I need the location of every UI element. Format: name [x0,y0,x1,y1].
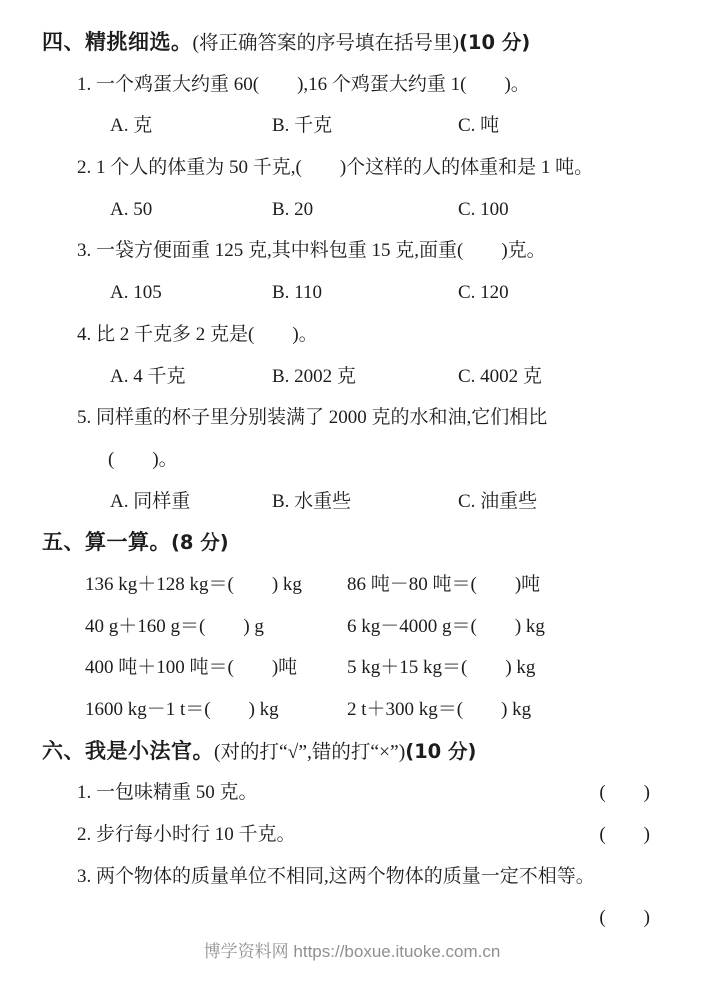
calc-row-1: 136 kg＋128 kg＝( ) kg 86 吨－80 吨＝( )吨 [0,564,704,606]
question-4-option-c: C. 4002 克 [458,356,542,398]
question-1-option-c: C. 吨 [458,105,499,147]
question-1-option-b: B. 千克 [272,105,458,147]
question-5-text-line1: 5. 同样重的杯子里分别装满了 2000 克的水和油,它们相比 [0,397,704,439]
calc-row-2: 40 g＋160 g＝( ) g 6 kg－4000 g＝( ) kg [0,606,704,648]
judge-item-text: 1. 一包味精重 50 克。 [77,772,258,814]
section-five-score: (8 分) [171,531,229,554]
question-5-option-c: C. 油重些 [458,481,537,523]
calc-expression: 86 吨－80 吨＝( )吨 [347,564,540,606]
question-3-text: 3. 一袋方便面重 125 克,其中料包重 15 克,面重( )克。 [0,230,704,272]
judge-item-text: 2. 步行每小时行 10 千克。 [77,814,296,856]
section-four-title: 四、精挑细选。 [42,30,193,54]
judge-answer-blank: ( ) [599,772,650,814]
judge-item-3: 3. 两个物体的质量单位不相同,这两个物体的质量一定不相等。 [0,856,704,898]
question-2-option-c: C. 100 [458,189,509,231]
question-2-option-a: A. 50 [110,189,272,231]
section-four-score: (10 分) [459,31,530,54]
question-2-option-b: B. 20 [272,189,458,231]
footer-watermark: 博学资料网 https://boxue.ituoke.com.cn [0,939,704,965]
section-four-instruction: (将正确答案的序号填在括号里) [193,33,460,54]
section-six-score: (10 分) [405,740,476,763]
footer-url: https://boxue.ituoke.com.cn [293,942,500,961]
question-5-text-line2: ( )。 [0,439,704,481]
question-3-options: A. 105 B. 110 C. 120 [0,272,704,314]
question-1-options: A. 克 B. 千克 C. 吨 [0,105,704,147]
footer-site-name: 博学资料网 [204,942,289,961]
calc-expression: 40 g＋160 g＝( ) g [85,606,347,648]
calc-expression: 136 kg＋128 kg＝( ) kg [85,564,347,606]
question-4-option-a: A. 4 千克 [110,356,272,398]
section-four-heading: 四、精挑细选。(将正确答案的序号填在括号里)(10 分) [0,22,704,64]
question-3-option-c: C. 120 [458,272,509,314]
question-5-options: A. 同样重 B. 水重些 C. 油重些 [0,481,704,523]
question-2-options: A. 50 B. 20 C. 100 [0,189,704,231]
question-5-option-a: A. 同样重 [110,481,272,523]
question-4-text: 4. 比 2 千克多 2 克是( )。 [0,314,704,356]
section-six-heading: 六、我是小法官。(对的打“√”,错的打“×”)(10 分) [0,731,704,773]
calc-expression: 1600 kg－1 t＝( ) kg [85,689,347,731]
section-five-heading: 五、算一算。(8 分) [0,522,704,564]
judge-item-1: 1. 一包味精重 50 克。 ( ) [0,772,704,814]
question-3-option-b: B. 110 [272,272,458,314]
question-4-option-b: B. 2002 克 [272,356,458,398]
question-4-options: A. 4 千克 B. 2002 克 C. 4002 克 [0,356,704,398]
calc-expression: 2 t＋300 kg＝( ) kg [347,689,531,731]
judge-answer-blank: ( ) [599,814,650,856]
section-five-title: 五、算一算。 [42,530,171,554]
question-5-option-b: B. 水重些 [272,481,458,523]
worksheet-page: 四、精挑细选。(将正确答案的序号填在括号里)(10 分) 1. 一个鸡蛋大约重 … [0,0,704,989]
calc-expression: 5 kg＋15 kg＝( ) kg [347,647,535,689]
calc-expression: 400 吨＋100 吨＝( )吨 [85,647,347,689]
calc-expression: 6 kg－4000 g＝( ) kg [347,606,545,648]
question-2-text: 2. 1 个人的体重为 50 千克,( )个这样的人的体重和是 1 吨。 [0,147,704,189]
section-six-instruction: (对的打“√”,错的打“×”) [214,742,405,763]
calc-row-3: 400 吨＋100 吨＝( )吨 5 kg＋15 kg＝( ) kg [0,647,704,689]
section-six-title: 六、我是小法官。 [42,739,214,763]
question-1-option-a: A. 克 [110,105,272,147]
judge-item-3-answer-blank: ( ) [0,897,704,939]
judge-item-2: 2. 步行每小时行 10 千克。 ( ) [0,814,704,856]
question-1-text: 1. 一个鸡蛋大约重 60( ),16 个鸡蛋大约重 1( )。 [0,64,704,106]
question-3-option-a: A. 105 [110,272,272,314]
calc-row-4: 1600 kg－1 t＝( ) kg 2 t＋300 kg＝( ) kg [0,689,704,731]
